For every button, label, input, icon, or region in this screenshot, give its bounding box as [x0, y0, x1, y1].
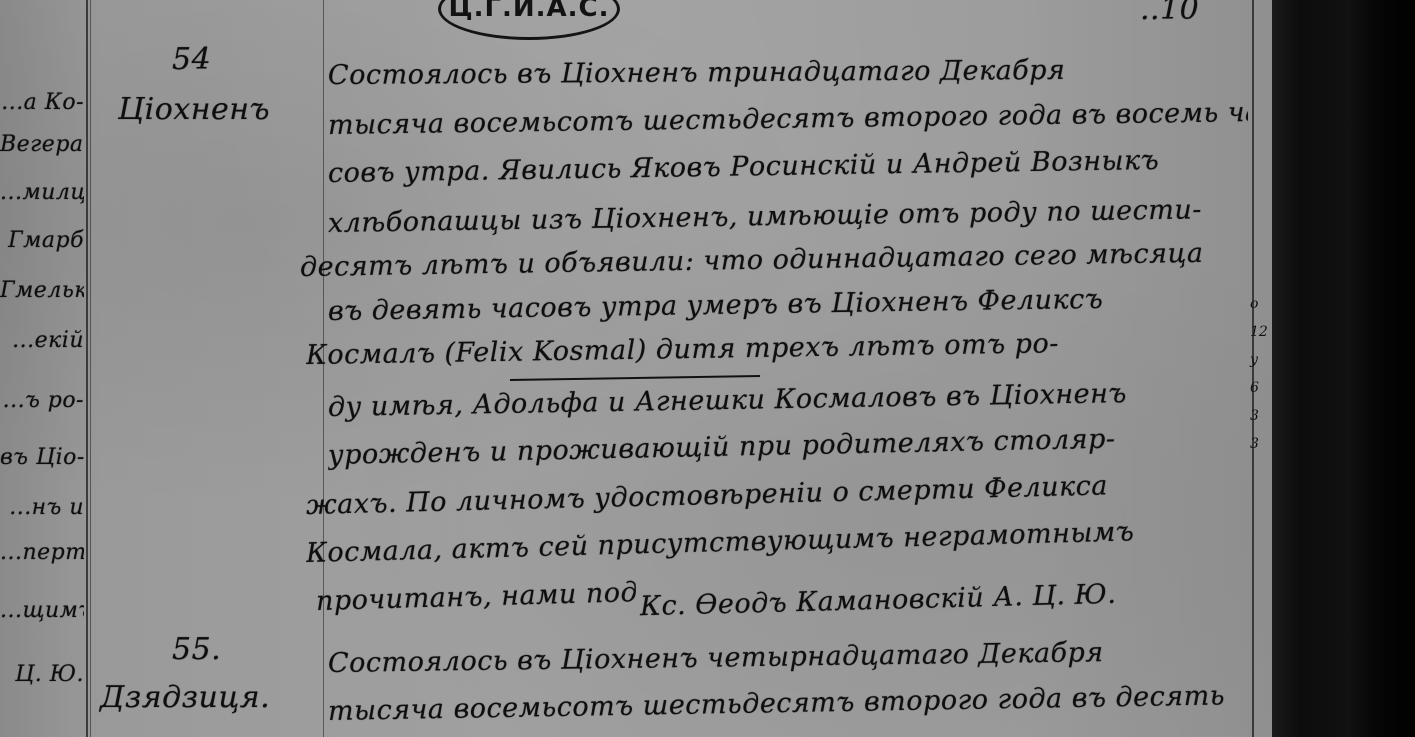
record-line: тысяча восемьсотъ шестьдесятъ второго го… [328, 97, 1248, 141]
margin-rule-left [86, 0, 88, 737]
left-margin-fragment: Ц. Ю. [0, 662, 84, 687]
page-number: ..10 [1140, 0, 1199, 27]
right-margin-mark: 6 [1250, 374, 1270, 402]
left-margin-fragment: ...екiй [0, 328, 84, 353]
right-margin-mark: 3 [1250, 430, 1270, 458]
archive-stamp-text: Ц.Г.И.А.С. [448, 0, 609, 23]
entry-margin-name: Цiохненъ [118, 92, 270, 127]
left-margin-fragment: Гмарб [0, 228, 84, 253]
record-line: жахъ. По личномъ удостовѣренiи о смерти … [306, 468, 1226, 521]
right-margin-mark: 3 [1250, 402, 1270, 430]
record-line: совъ утра. Явились Яковъ Росинскiй и Анд… [328, 144, 1248, 189]
record-line: Космалъ (Felix Kosmal) дитя трехъ лѣтъ о… [306, 326, 1226, 371]
record-line: десятъ лѣтъ и объявили: что одиннадцатаг… [300, 238, 1220, 283]
entry-number: 54 [172, 42, 211, 77]
right-margin-mark: о [1250, 290, 1270, 318]
left-margin-fragment: Вегера. [0, 132, 84, 157]
right-margin-marks: о 12 у 6 3 3 [1250, 290, 1270, 458]
latin-name-underline [510, 375, 760, 381]
entry-margin-name: Дзядзиця. [100, 680, 270, 715]
left-margin-fragment: ...а Ко- [0, 90, 84, 115]
record-line: Состоялось въ Цiохненъ четырнадцатаго Де… [328, 635, 1248, 679]
record-line: въ девять часовъ утра умеръ въ Цiохненъ … [328, 282, 1248, 327]
record-line: урожденъ и проживающiй при родителяхъ ст… [328, 421, 1248, 471]
left-margin-fragment: ...щимъ [0, 598, 84, 623]
record-line: ду имѣя, Адольфа и Агнешки Космаловъ въ … [328, 376, 1248, 423]
left-margin-fragment: ...нъ и [0, 495, 84, 520]
left-margin-fragment: Гмелько [0, 278, 84, 303]
document-page: Ц.Г.И.А.С. ..10 ...а Ко- Вегера. ...милц… [0, 0, 1272, 737]
record-line: прочитанъ, нами подписанъ. [316, 577, 637, 617]
record-line: тысяча восемьсотъ шестьдесятъ второго го… [328, 680, 1248, 727]
left-margin-fragment: ...милцъ [0, 180, 84, 205]
left-margin-fragment: въ Цiо- [0, 445, 84, 470]
signature: Кс. Ѳеодъ Камановскiй А. Ц. Ю. [640, 579, 1117, 622]
left-margin-fragment: ...ъ ро- [0, 388, 84, 413]
right-margin-mark: 12 [1250, 318, 1270, 346]
record-line-text: Космалъ (Felix Kosmal) дитя трехъ лѣтъ о… [306, 328, 1059, 371]
record-line: Состоялось въ Цiохненъ тринадцатаго Дека… [328, 54, 1248, 91]
archive-stamp: Ц.Г.И.А.С. [438, 0, 620, 40]
right-margin-mark: у [1250, 346, 1270, 374]
record-line: Космала, актъ сей присутствующимъ неграм… [306, 514, 1226, 569]
margin-rule-left-inner [90, 0, 91, 737]
scanner-edge-shadow [1272, 0, 1415, 737]
record-line: хлѣбопашцы изъ Цiохненъ, имѣющiе отъ род… [328, 194, 1248, 239]
left-margin-fragment: ...перти [0, 540, 84, 565]
entry-number: 55. [172, 632, 221, 667]
